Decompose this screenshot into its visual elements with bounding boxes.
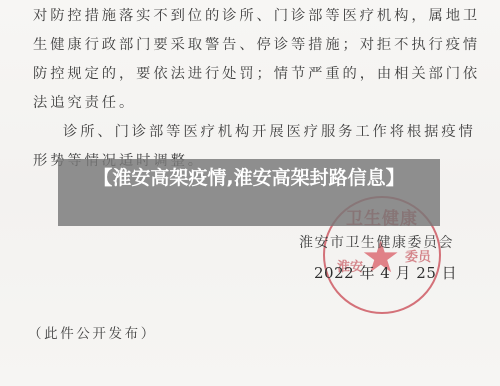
article-title: 【淮安高架疫情,淮安高架封路信息】 <box>93 167 404 189</box>
paragraph-line: 法追究责任。 <box>33 94 136 112</box>
signature-organization: 淮安市卫生健康委员会 <box>299 232 454 252</box>
signature-date: 2022 年 4 月 25 日 <box>314 262 457 283</box>
paragraph-line: 诊所、门诊部等医疗机构开展医疗服务工作将根据疫情 <box>63 123 476 141</box>
paragraph-line: 生健康行政部门要采取警告、停诊等措施；对拒不执行疫情 <box>33 36 480 54</box>
paragraph-line: 对防控措施落实不到位的诊所、门诊部等医疗机构，属地卫 <box>33 7 480 25</box>
paragraph-line: 防控规定的，要依法进行处罚；情节严重的，由相关部门依 <box>33 65 480 83</box>
publication-note: （此件公开发布） <box>28 322 157 342</box>
article-title-overlay[interactable]: 【淮安高架疫情,淮安高架封路信息】 <box>58 159 440 226</box>
